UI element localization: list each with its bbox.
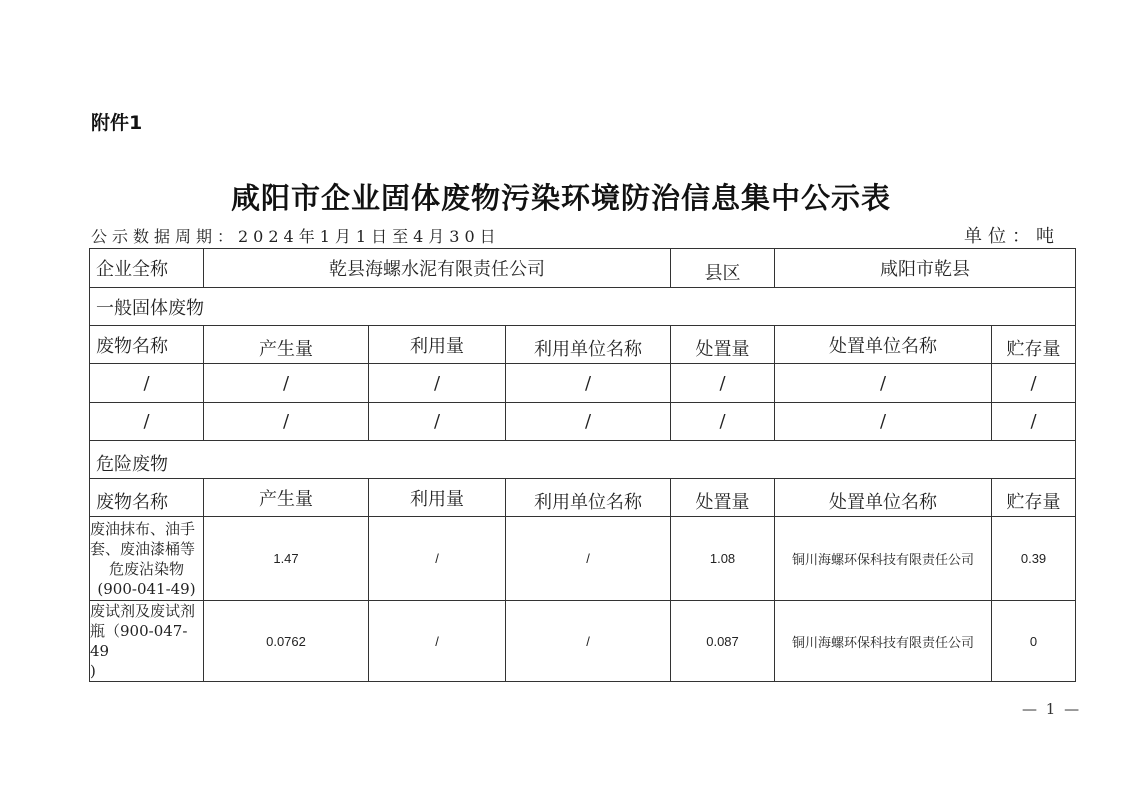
col-header-utilizer: 利用单位名称 [506, 479, 671, 517]
stored-cell: 0 [992, 601, 1076, 682]
general-header-row: 废物名称 产生量 利用量 利用单位名称 处置量 处置单位名称 贮存量 [90, 326, 1076, 364]
cell: / [992, 403, 1076, 441]
waste-name-line: 套、废油漆桶等 [90, 539, 203, 559]
cell: / [204, 403, 369, 441]
disposed-cell: 0.087 [671, 601, 775, 682]
hazardous-waste-section-label: 危险废物 [90, 441, 1076, 479]
cell: / [775, 403, 992, 441]
col-header-produced: 产生量 [204, 326, 369, 364]
district-value: 咸阳市乾县 [775, 249, 1076, 288]
cell: / [671, 364, 775, 403]
table-row: 废试剂及废试剂 瓶（900-047-49 ) 0.0762 / / 0.087 … [90, 601, 1076, 682]
produced-cell: 0.0762 [204, 601, 369, 682]
utilizer-cell: / [506, 517, 671, 601]
col-header-utilized: 利用量 [369, 326, 506, 364]
district-label: 县区 [671, 249, 775, 288]
waste-name-line: ) [90, 661, 203, 681]
col-header-disposer: 处置单位名称 [775, 326, 992, 364]
general-section-row: 一般固体废物 [90, 288, 1076, 326]
enterprise-name-value: 乾县海螺水泥有限责任公司 [204, 249, 671, 288]
cell: / [506, 364, 671, 403]
cell: / [204, 364, 369, 403]
table-row: / / / / / / / [90, 403, 1076, 441]
utilizer-cell: / [506, 601, 671, 682]
unit-label: 单位：吨 [964, 222, 1060, 248]
col-header-stored: 贮存量 [992, 326, 1076, 364]
table-row: 废油抹布、油手 套、废油漆桶等 危废沾染物 (900-041-49) 1.47 … [90, 517, 1076, 601]
disposer-cell: 铜川海螺环保科技有限责任公司 [775, 601, 992, 682]
cell: / [369, 364, 506, 403]
cell: / [775, 364, 992, 403]
col-header-disposed: 处置量 [671, 479, 775, 517]
col-header-waste-name: 废物名称 [90, 479, 204, 517]
table-row: / / / / / / / [90, 364, 1076, 403]
waste-name-line: 废油抹布、油手 [90, 519, 203, 539]
utilized-cell: / [369, 601, 506, 682]
col-header-waste-name: 废物名称 [90, 326, 204, 364]
waste-name-line: 瓶（900-047-49 [90, 621, 203, 661]
waste-name-line: (900-041-49) [90, 579, 203, 599]
page-number: — 1 — [1022, 700, 1081, 718]
waste-name-cell: 废油抹布、油手 套、废油漆桶等 危废沾染物 (900-041-49) [90, 517, 204, 601]
produced-cell: 1.47 [204, 517, 369, 601]
disclosure-table: 企业全称 乾县海螺水泥有限责任公司 县区 咸阳市乾县 一般固体废物 废物名称 产… [89, 248, 1076, 682]
disposer-cell: 铜川海螺环保科技有限责任公司 [775, 517, 992, 601]
hazardous-section-row: 危险废物 [90, 441, 1076, 479]
col-header-disposed: 处置量 [671, 326, 775, 364]
data-period: 公示数据周期：2024年1月1日至4月30日 [91, 224, 501, 247]
enterprise-name-label: 企业全称 [90, 249, 204, 288]
cell: / [671, 403, 775, 441]
hazardous-header-row: 废物名称 产生量 利用量 利用单位名称 处置量 处置单位名称 贮存量 [90, 479, 1076, 517]
cell: / [992, 364, 1076, 403]
waste-name-line: 废试剂及废试剂 [90, 601, 203, 621]
stored-cell: 0.39 [992, 517, 1076, 601]
cell: / [506, 403, 671, 441]
cell: / [90, 403, 204, 441]
col-header-utilizer: 利用单位名称 [506, 326, 671, 364]
cell: / [90, 364, 204, 403]
col-header-disposer: 处置单位名称 [775, 479, 992, 517]
waste-name-line: 危废沾染物 [90, 559, 203, 579]
attachment-label: 附件1 [91, 108, 142, 135]
utilized-cell: / [369, 517, 506, 601]
disposed-cell: 1.08 [671, 517, 775, 601]
cell: / [369, 403, 506, 441]
col-header-stored: 贮存量 [992, 479, 1076, 517]
waste-name-cell: 废试剂及废试剂 瓶（900-047-49 ) [90, 601, 204, 682]
enterprise-row: 企业全称 乾县海螺水泥有限责任公司 县区 咸阳市乾县 [90, 249, 1076, 288]
col-header-utilized: 利用量 [369, 479, 506, 517]
general-waste-section-label: 一般固体废物 [90, 288, 1076, 326]
page-title: 咸阳市企业固体废物污染环境防治信息集中公示表 [0, 176, 1122, 217]
col-header-produced: 产生量 [204, 479, 369, 517]
